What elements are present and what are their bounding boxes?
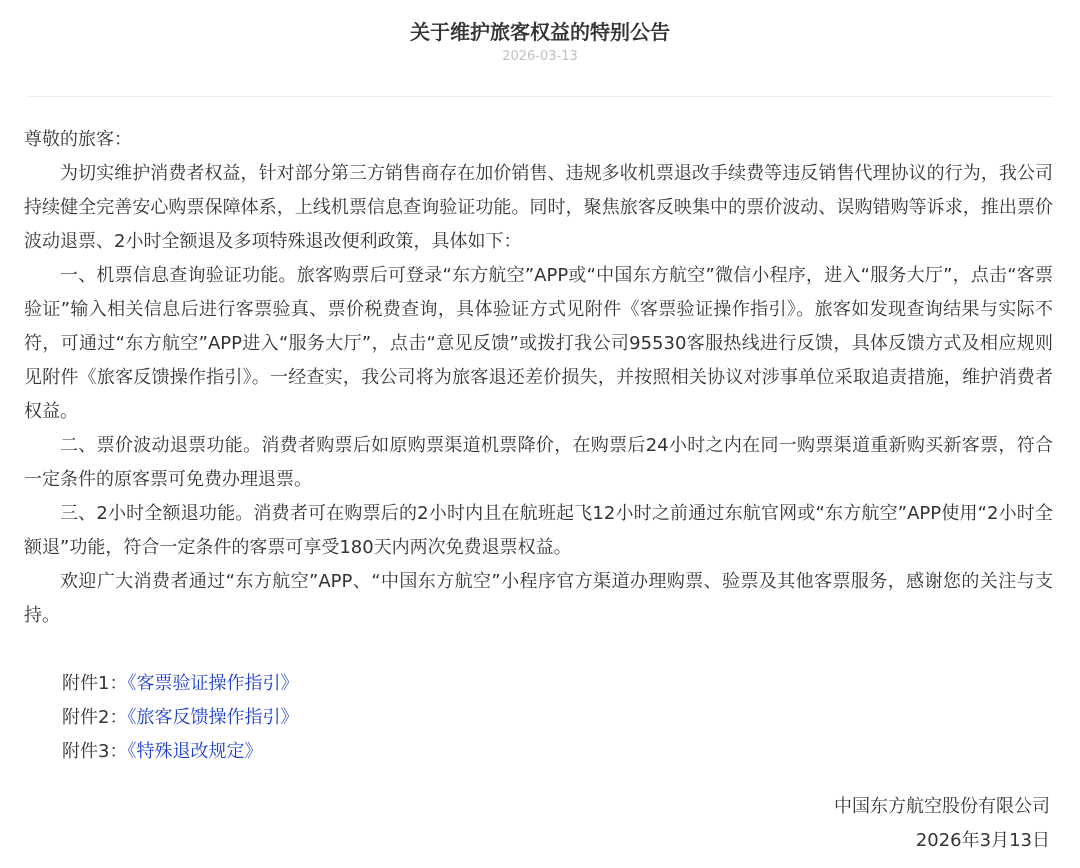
page-title: 关于维护旅客权益的特别公告 — [0, 18, 1080, 46]
attachment-item-3: 附件3：《特殊退改规定》 — [62, 735, 1053, 769]
section-ticket-verification: 一、机票信息查询验证功能。旅客购票后可登录“东方航空”APP或“中国东方航空”微… — [24, 259, 1053, 429]
closing-paragraph: 欢迎广大消费者通过“东方航空”APP、“中国东方航空”小程序官方渠道办理购票、验… — [24, 565, 1053, 633]
attachments-list: 附件1：《客票验证操作指引》 附件2：《旅客反馈操作指引》 附件3：《特殊退改规… — [24, 667, 1053, 769]
attachment-item-1: 附件1：《客票验证操作指引》 — [62, 667, 1053, 701]
publish-date: 2026-03-13 — [0, 48, 1080, 66]
intro-paragraph: 为切实维护消费者权益，针对部分第三方销售商存在加价销售、违规多收机票退改手续费等… — [24, 157, 1053, 259]
attachment-label: 附件3： — [62, 741, 127, 762]
attachment-link-ticket-verification-guide[interactable]: 《客票验证操作指引》 — [127, 673, 298, 694]
signature-block: 中国东方航空股份有限公司 2026年3月13日 — [834, 790, 1050, 858]
announcement-header: 关于维护旅客权益的特别公告 2026-03-13 — [0, 0, 1080, 66]
attachment-label: 附件2： — [62, 707, 127, 728]
attachment-link-feedback-guide[interactable]: 《旅客反馈操作指引》 — [127, 707, 298, 728]
section-two-hour-full-refund: 三、2小时全额退功能。消费者可在购票后的2小时内且在航班起飞12小时之前通过东航… — [24, 497, 1053, 565]
announcement-body: 尊敬的旅客： 为切实维护消费者权益，针对部分第三方销售商存在加价销售、违规多收机… — [0, 123, 1080, 769]
attachment-label: 附件1： — [62, 673, 127, 694]
company-name: 中国东方航空股份有限公司 — [834, 790, 1050, 824]
greeting: 尊敬的旅客： — [24, 123, 1053, 157]
attachment-item-2: 附件2：《旅客反馈操作指引》 — [62, 701, 1053, 735]
section-price-fluctuation-refund: 二、票价波动退票功能。消费者购票后如原购票渠道机票降价，在购票后24小时之内在同… — [24, 429, 1053, 497]
signature-date: 2026年3月13日 — [834, 824, 1050, 858]
attachment-link-special-refund-rules[interactable]: 《特殊退改规定》 — [127, 741, 262, 762]
header-divider — [27, 96, 1053, 97]
